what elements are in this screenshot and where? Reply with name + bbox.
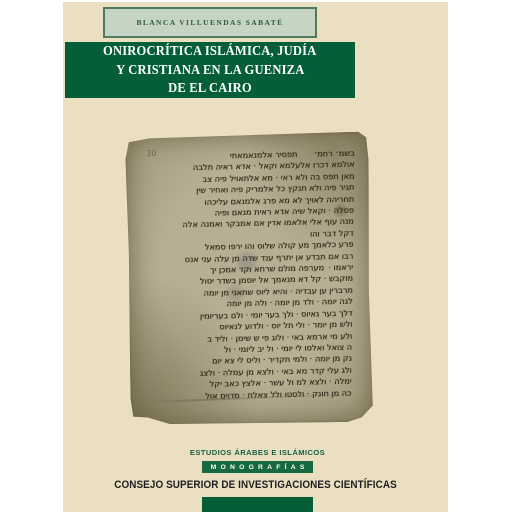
manuscript-text: בשמ׳ רחמ׳ תפסיר אלמנאמאתיאולמא דכרו אלעל… <box>126 131 373 426</box>
book-title-line: DE EL CAIRO <box>168 79 252 98</box>
scanned-book-cover: BLANCA VILLUENDAS SABATÉ ONIROCRÍTICA IS… <box>0 0 512 512</box>
book-title-line: ONIROCRÍTICA ISLÁMICA, JUDÍA <box>103 42 316 61</box>
title-band: ONIROCRÍTICA ISLÁMICA, JUDÍAY CRISTIANA … <box>65 42 355 98</box>
author-band: BLANCA VILLUENDAS SABATÉ <box>103 7 317 38</box>
bottom-green-block <box>202 497 313 512</box>
author-name: BLANCA VILLUENDAS SABATÉ <box>136 18 283 27</box>
monografias-band: MONOGRAFÍAS <box>202 461 313 473</box>
publisher-name: CONSEJO SUPERIOR DE INVESTIGACIONES CIEN… <box>82 479 429 491</box>
manuscript-photo: 30 בשמ׳ רחמ׳ תפסיר אלמנאמאתיאולמא דכרו א… <box>125 131 374 426</box>
series-title: ESTUDIOS ÁRABES E ISLÁMICOS <box>100 447 415 458</box>
monografias-label: MONOGRAFÍAS <box>206 464 308 471</box>
book-title-line: Y CRISTIANA EN LA GUENIZA <box>116 61 304 80</box>
